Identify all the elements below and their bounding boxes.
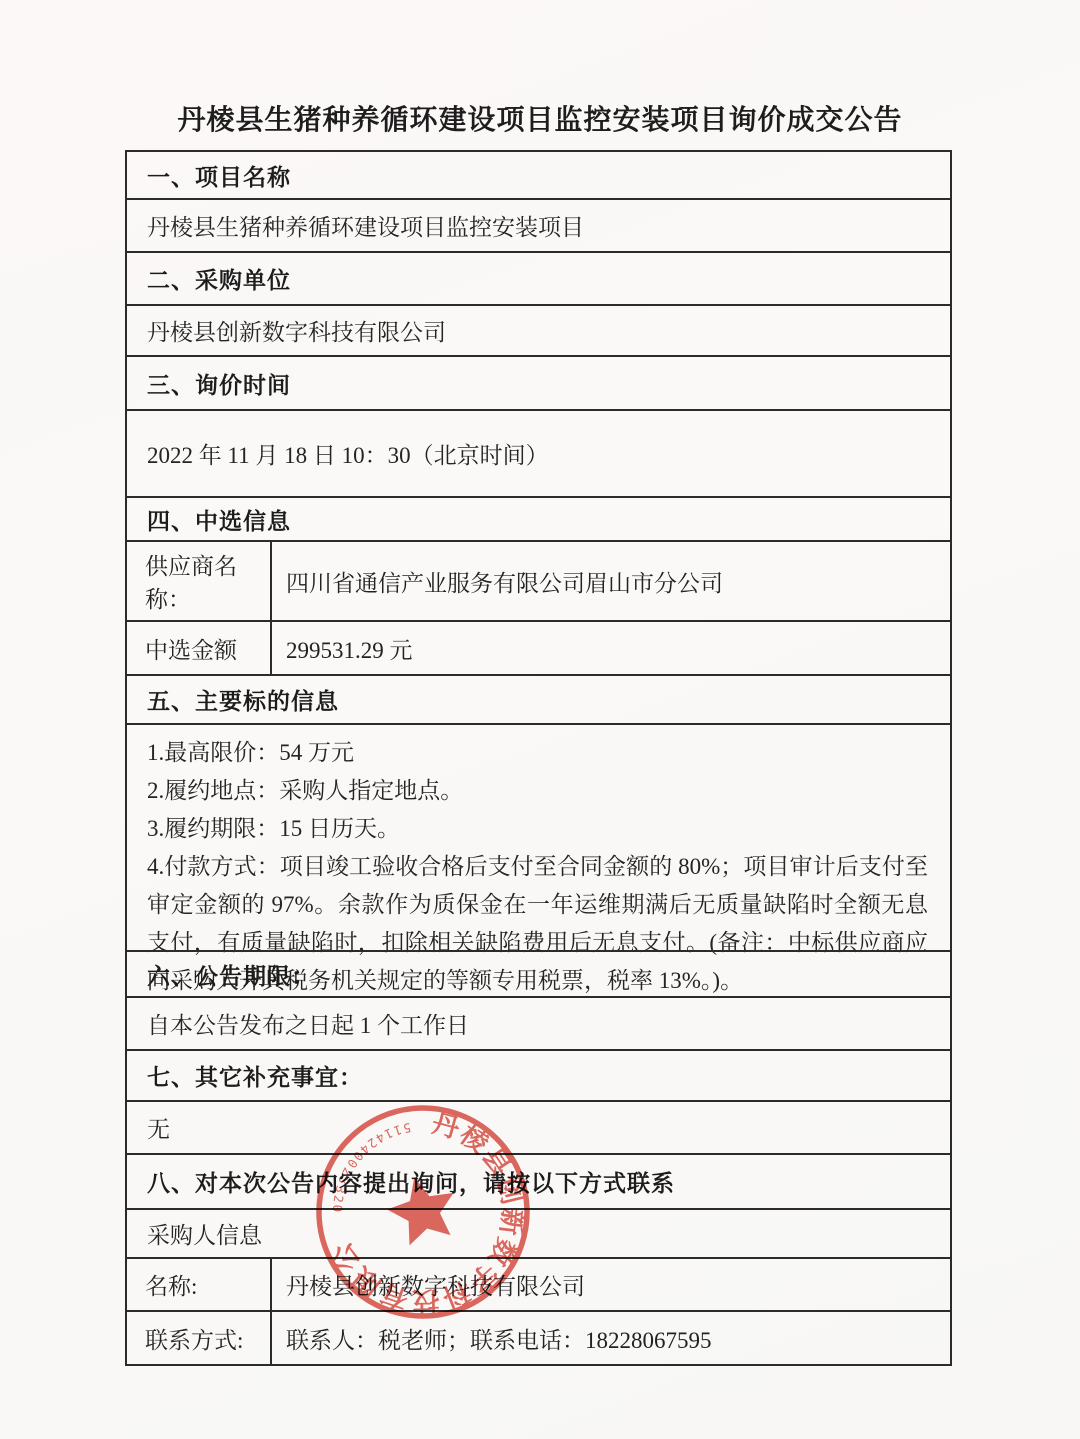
section3-content-row: 2022 年 11 月 18 日 10：30（北京时间）: [127, 409, 950, 496]
supplier-value: 四川省通信产业服务有限公司眉山市分公司: [272, 542, 950, 620]
section5-content-row: 1.最高限价：54 万元 2.履约地点：采购人指定地点。 3.履约期限：15 日…: [127, 723, 950, 950]
max-price-line: 1.最高限价：54 万元: [147, 734, 928, 772]
supplier-row: 供应商名称： 四川省通信产业服务有限公司眉山市分公司: [127, 540, 950, 620]
section6-header-row: 六、公告期限：: [127, 950, 950, 996]
performance-place-line: 2.履约地点：采购人指定地点。: [147, 772, 928, 810]
section7-header: 七、其它补充事宜：: [147, 1059, 363, 1092]
section3-header: 三、询价时间: [147, 367, 291, 400]
contact-name-label: 名称:: [127, 1259, 272, 1310]
section6-content-row: 自本公告发布之日起 1 个工作日: [127, 996, 950, 1049]
contact-name-value: 丹棱县创新数字科技有限公司: [272, 1259, 950, 1310]
project-name: 丹棱县生猪种养循环建设项目监控安装项目: [147, 209, 584, 242]
section4-header-row: 四、中选信息: [127, 496, 950, 540]
section2-content-row: 丹棱县创新数字科技有限公司: [127, 304, 950, 355]
purchaser-name: 丹棱县创新数字科技有限公司: [147, 314, 446, 347]
supplier-label: 供应商名称：: [127, 542, 272, 620]
purchaser-info-label: 采购人信息: [147, 1217, 262, 1250]
section2-header: 二、采购单位: [147, 262, 291, 295]
announcement-table: 一、项目名称 丹棱县生猪种养循环建设项目监控安装项目 二、采购单位 丹棱县创新数…: [125, 150, 952, 1366]
section8-header: 八、对本次公告内容提出询问，请按以下方式联系: [147, 1165, 675, 1198]
award-amount-value: 299531.29 元: [272, 622, 950, 674]
announcement-period: 自本公告发布之日起 1 个工作日: [147, 1007, 469, 1040]
section4-header: 四、中选信息: [147, 503, 291, 536]
contact-name-row: 名称: 丹棱县创新数字科技有限公司: [127, 1257, 950, 1310]
award-amount-row: 中选金额 299531.29 元: [127, 620, 950, 674]
section5-header: 五、主要标的信息: [147, 683, 339, 716]
section1-content-row: 丹棱县生猪种养循环建设项目监控安装项目: [127, 198, 950, 251]
section2-header-row: 二、采购单位: [127, 251, 950, 304]
section5-header-row: 五、主要标的信息: [127, 674, 950, 723]
award-amount-label: 中选金额: [127, 622, 272, 674]
section7-header-row: 七、其它补充事宜：: [127, 1049, 950, 1100]
purchaser-info-row: 采购人信息: [127, 1208, 950, 1257]
document-title: 丹棱县生猪种养循环建设项目监控安装项目询价成交公告: [0, 98, 1080, 138]
section1-header: 一、项目名称: [147, 159, 291, 192]
supplement-note: 无: [147, 1111, 170, 1144]
section1-header-row: 一、项目名称: [127, 152, 950, 198]
contact-method-row: 联系方式: 联系人：税老师；联系电话：18228067595: [127, 1310, 950, 1364]
section8-header-row: 八、对本次公告内容提出询问，请按以下方式联系: [127, 1153, 950, 1208]
performance-period-line: 3.履约期限：15 日历天。: [147, 810, 928, 848]
contact-method-value: 联系人：税老师；联系电话：18228067595: [272, 1312, 950, 1364]
section7-content-row: 无: [127, 1100, 950, 1153]
contact-method-label: 联系方式:: [127, 1312, 272, 1364]
section6-header: 六、公告期限：: [147, 958, 315, 991]
section3-header-row: 三、询价时间: [127, 355, 950, 409]
inquiry-time: 2022 年 11 月 18 日 10：30（北京时间）: [147, 437, 549, 470]
